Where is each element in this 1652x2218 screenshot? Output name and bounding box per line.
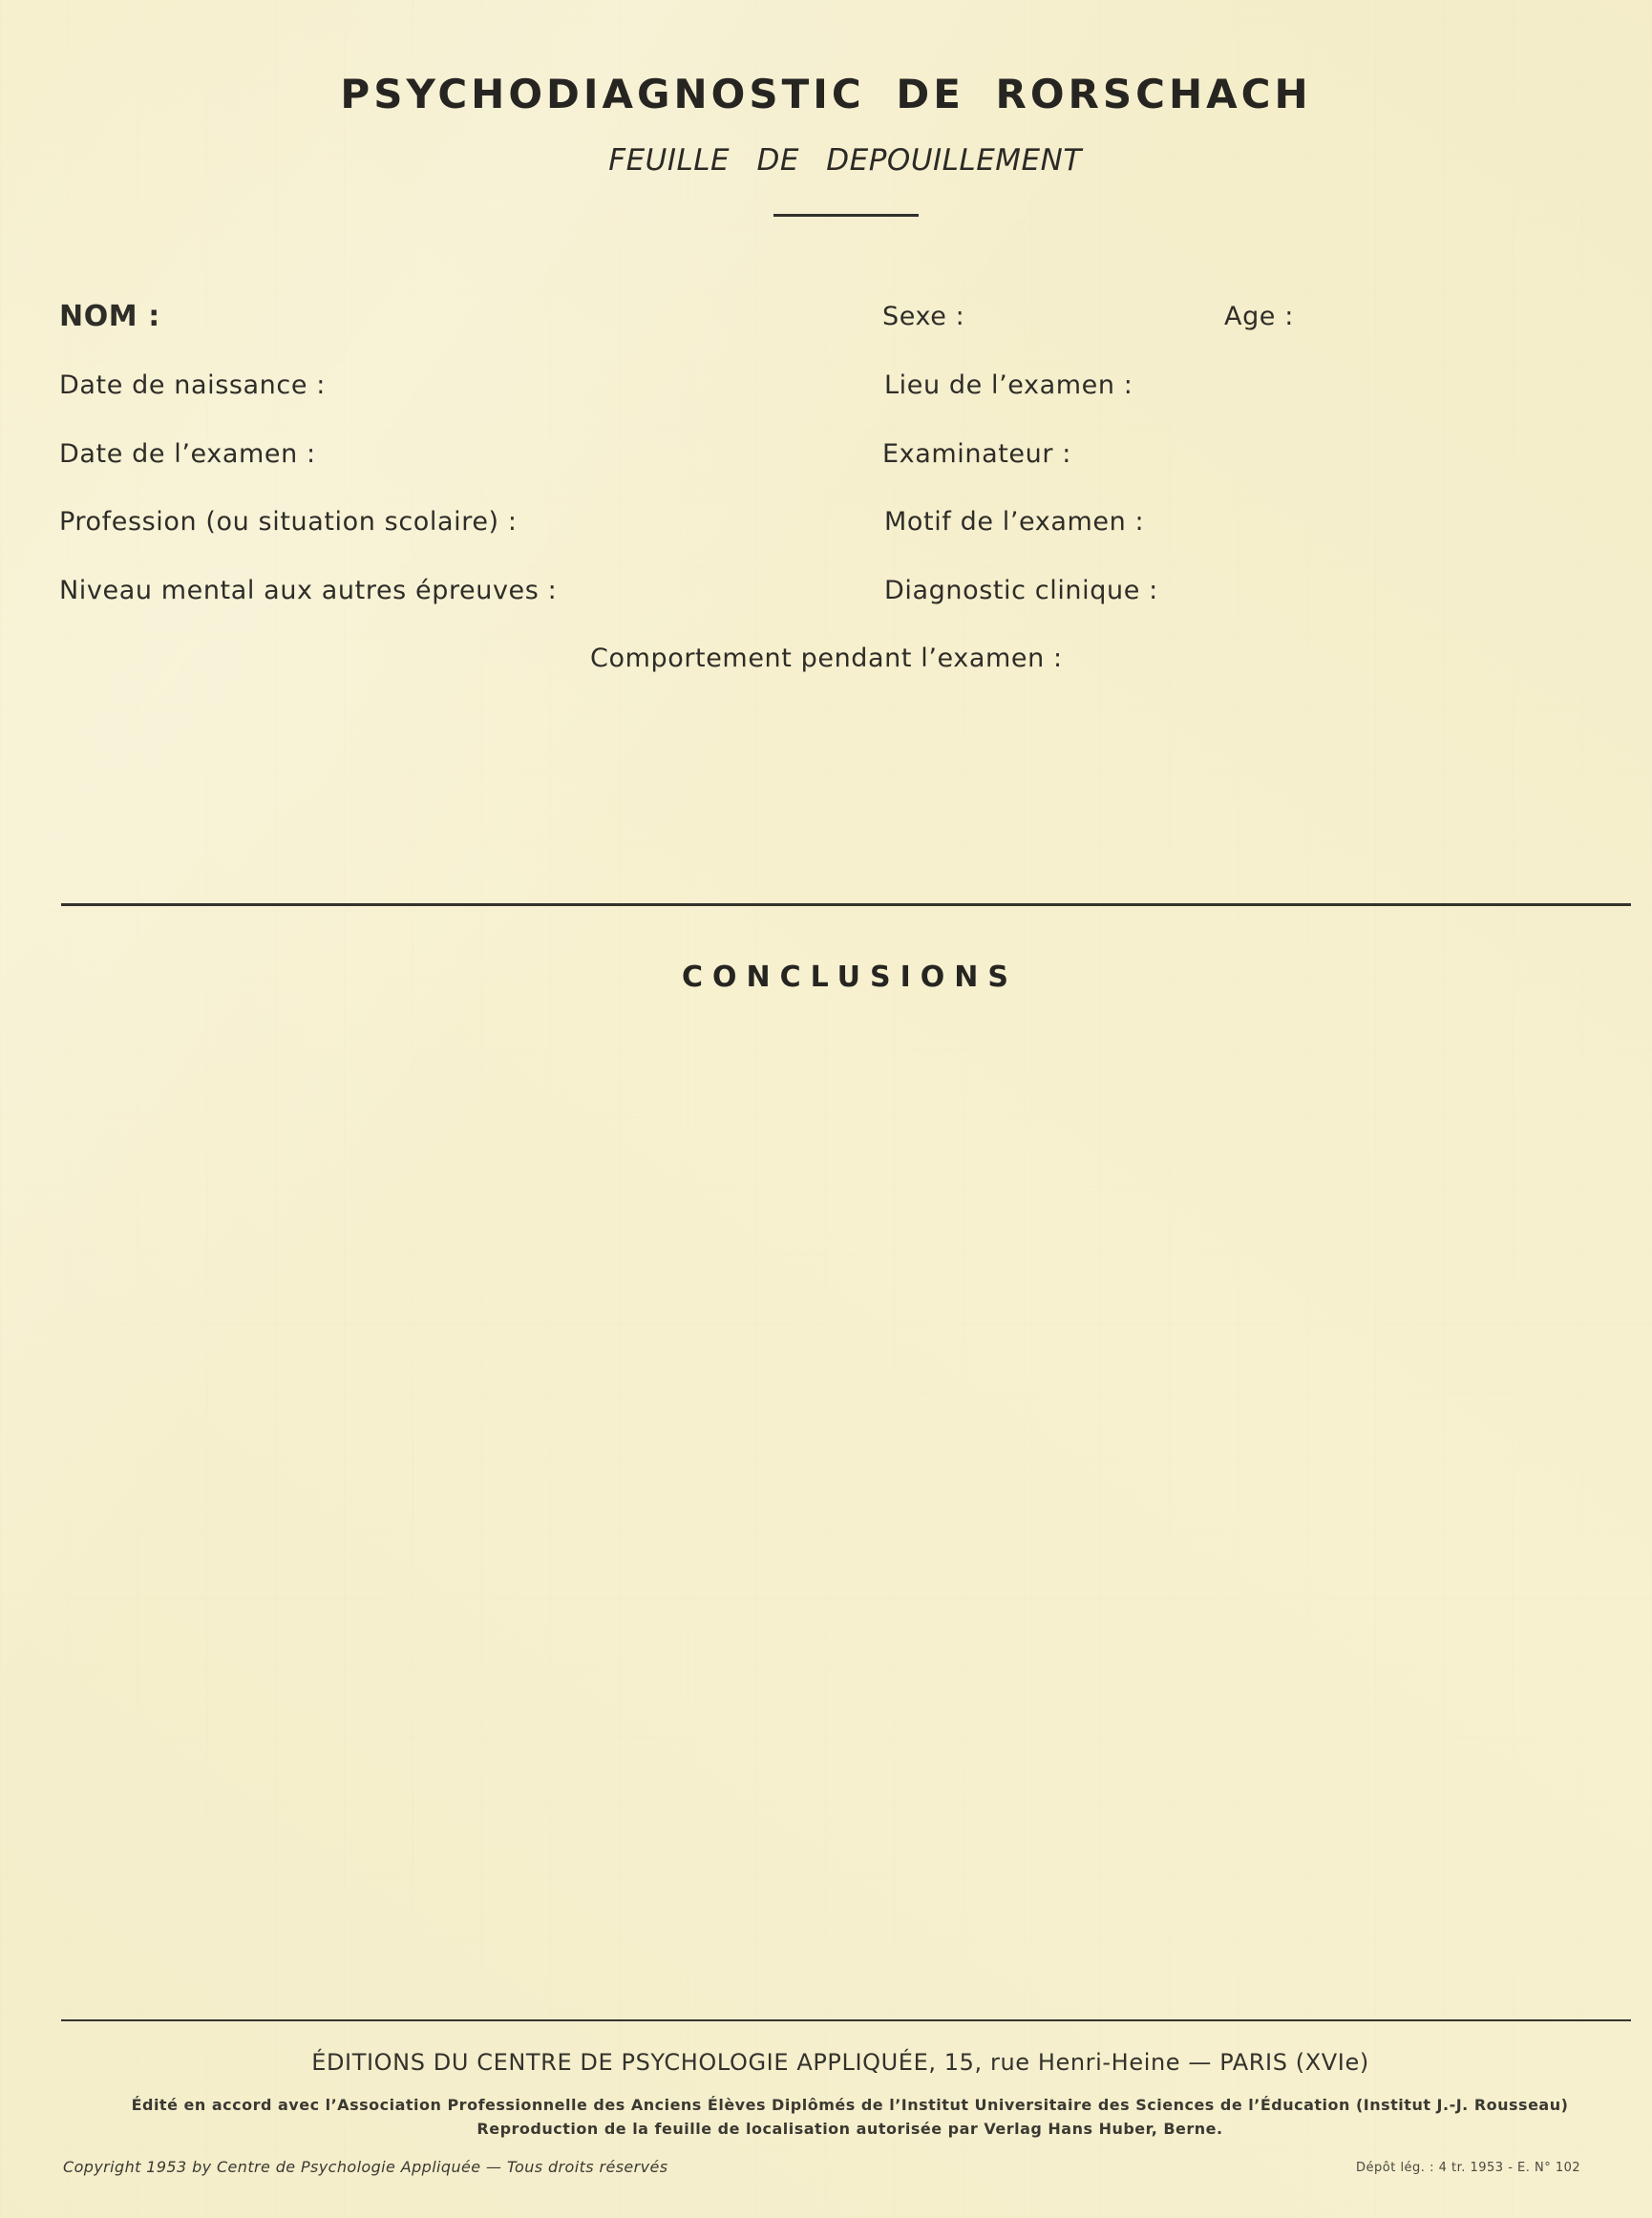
legal-deposit: Dépôt lég. : 4 tr. 1953 - E. N° 102 bbox=[1356, 2161, 1580, 2175]
field-label-sexe: Sexe : bbox=[882, 302, 964, 331]
field-label-comportement: Comportement pendant l’examen : bbox=[590, 644, 1063, 673]
field-label-motif-examen: Motif de l’examen : bbox=[884, 507, 1144, 537]
field-label-lieu-examen: Lieu de l’examen : bbox=[884, 370, 1133, 400]
document-title: PSYCHODIAGNOSTIC DE RORSCHACH bbox=[0, 71, 1652, 117]
conclusions-heading: CONCLUSIONS bbox=[0, 961, 1652, 994]
field-label-diagnostic-clinique: Diagnostic clinique : bbox=[884, 576, 1158, 605]
field-label-examinateur: Examinateur : bbox=[882, 439, 1071, 469]
field-label-age: Age : bbox=[1224, 302, 1294, 331]
agreement-line-1: Édité en accord avec l’Association Profe… bbox=[0, 2096, 1652, 2114]
field-label-date-naissance: Date de naissance : bbox=[59, 370, 326, 400]
title-underline-rule bbox=[773, 214, 919, 217]
copyright-notice: Copyright 1953 by Centre de Psychologie … bbox=[63, 2158, 668, 2176]
publisher-line: ÉDITIONS DU CENTRE DE PSYCHOLOGIE APPLIQ… bbox=[0, 2049, 1652, 2076]
agreement-line-2: Reproduction de la feuille de localisati… bbox=[0, 2120, 1652, 2138]
field-label-date-examen: Date de l’examen : bbox=[59, 439, 316, 469]
footer-divider bbox=[61, 2019, 1631, 2021]
field-label-niveau-mental: Niveau mental aux autres épreuves : bbox=[59, 576, 557, 605]
section-divider bbox=[61, 903, 1631, 906]
field-label-profession: Profession (ou situation scolaire) : bbox=[59, 507, 518, 537]
document-subtitle: FEUILLE DE DEPOUILLEMENT bbox=[0, 143, 1652, 178]
field-label-nom: NOM : bbox=[59, 300, 160, 333]
